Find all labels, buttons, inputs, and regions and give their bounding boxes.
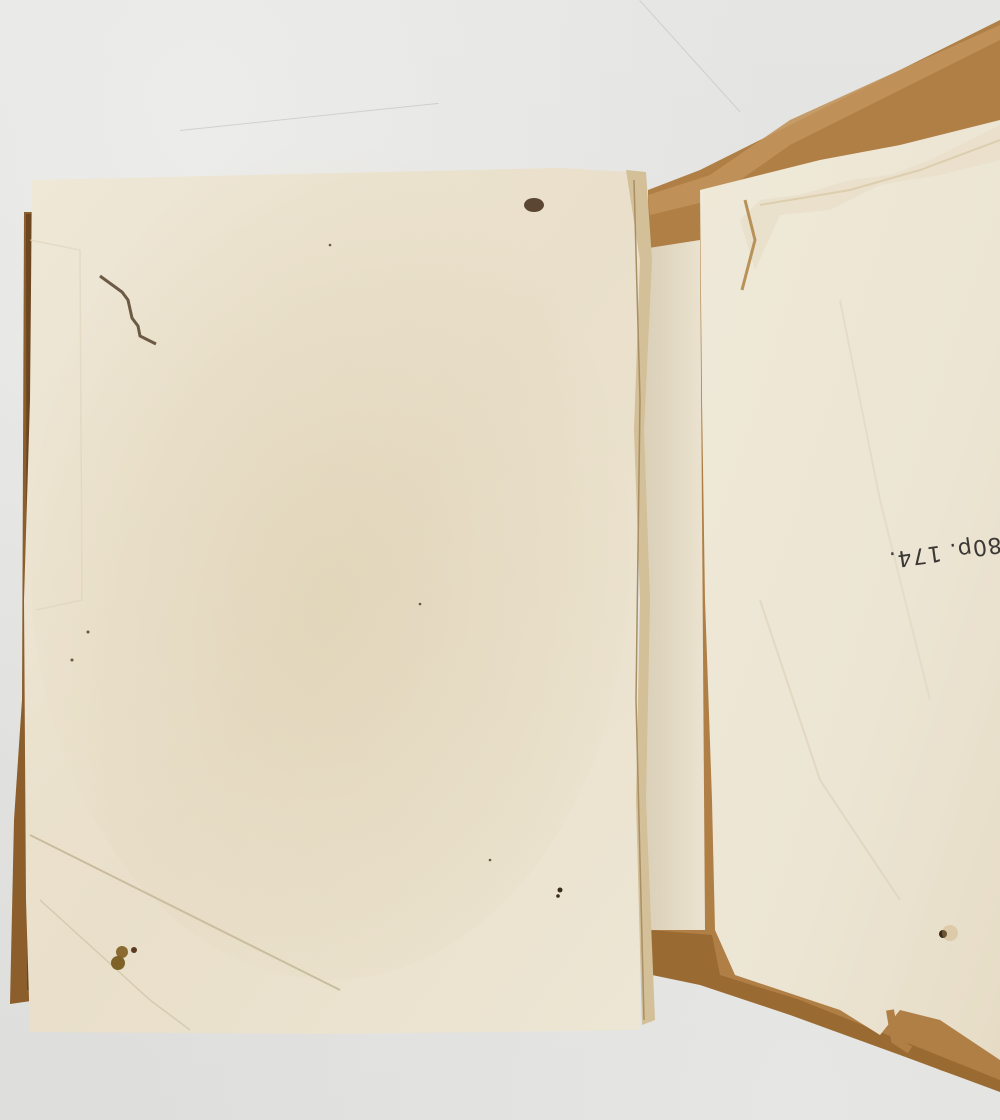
- book-illustration: [0, 0, 1000, 1120]
- flyleaf-page: [24, 140, 640, 1034]
- pastedown-page: [700, 120, 1000, 1060]
- photo-scene: 580p. 174.: [0, 0, 1000, 1120]
